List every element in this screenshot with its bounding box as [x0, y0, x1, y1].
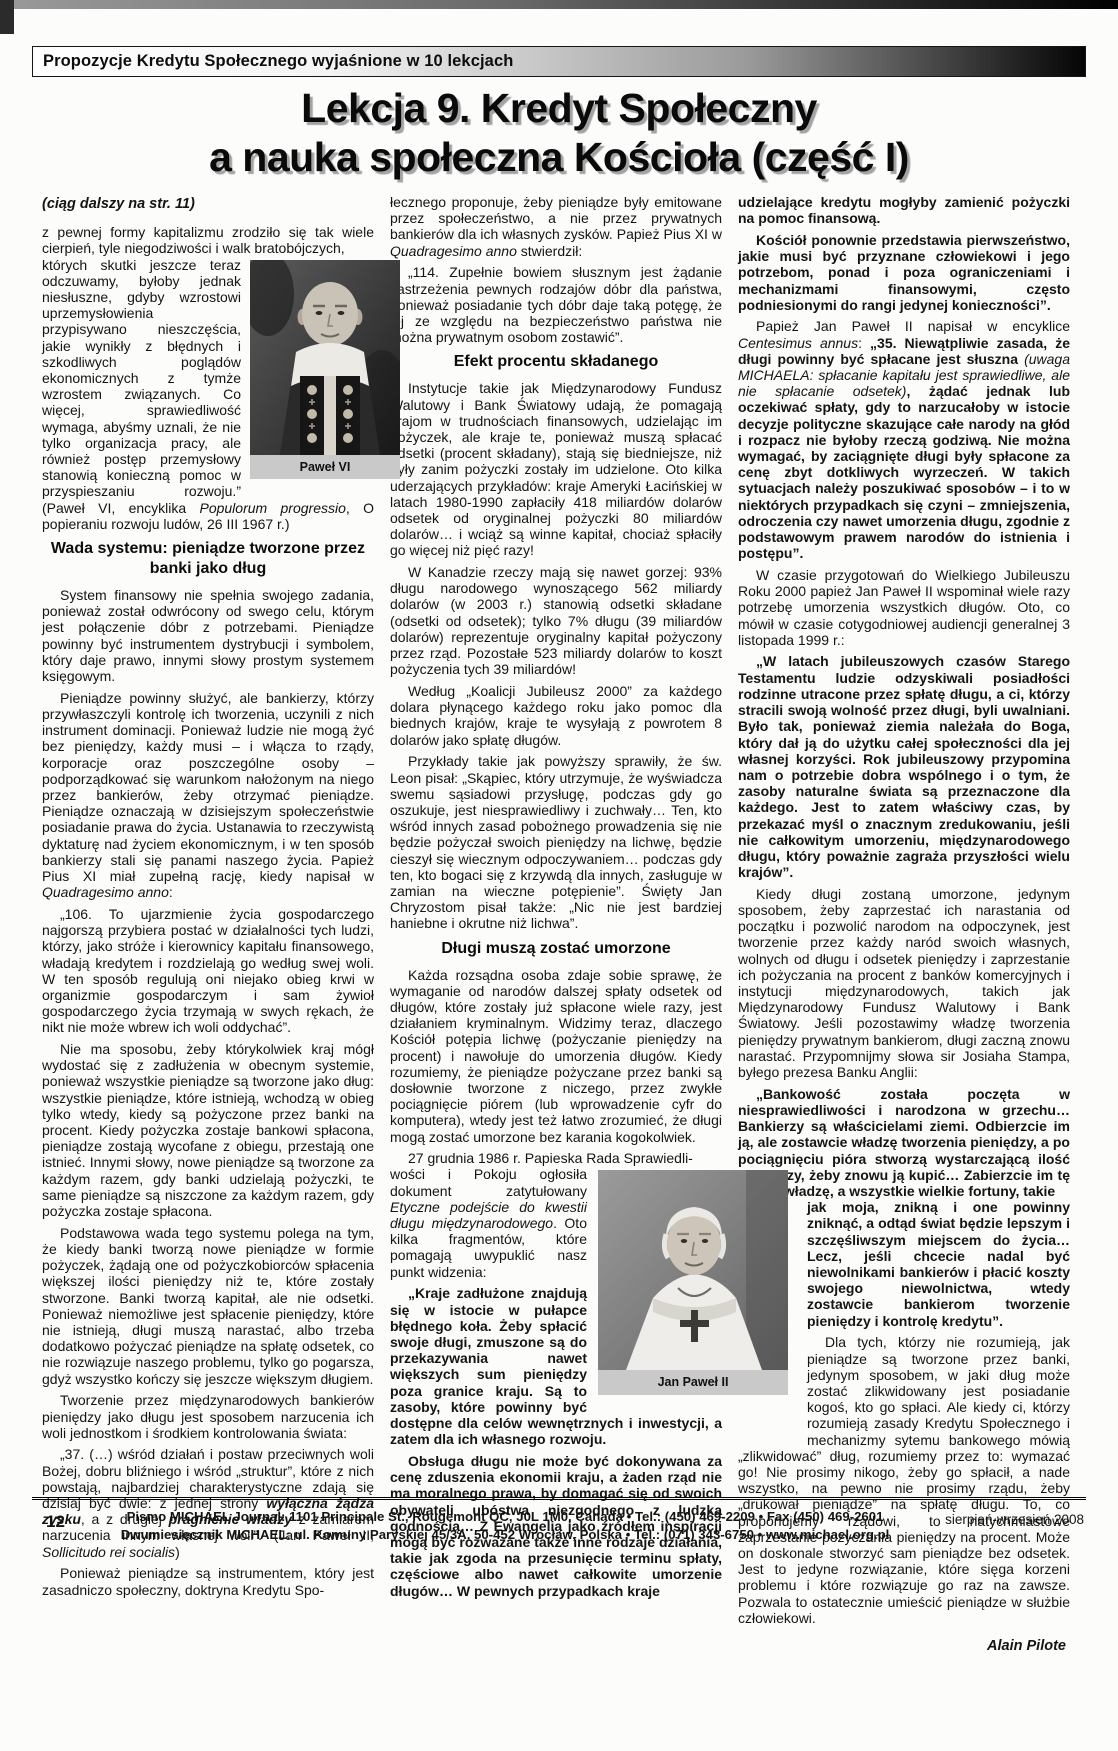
paragraph: „W latach jubileuszowych czasów Starego … — [738, 653, 1070, 880]
page-number: 12 — [32, 1505, 65, 1532]
paragraph: 27 grudnia 1986 r. Papieska Rada Sprawie… — [390, 1150, 722, 1166]
text-run: łecznego proponuje, żeby pieniądze były … — [390, 194, 722, 242]
text-run: Każda rozsądna osoba zdaje sobie sprawę,… — [390, 967, 722, 1145]
paragraph: Ponieważ pieniądze są instrumentem, któr… — [42, 1565, 374, 1597]
footer: 12 Pismo MICHAEL Journal: 1101 Principal… — [32, 1505, 1086, 1544]
paragraph: Przykłady takie jak powyższy sprawiły, ż… — [390, 753, 722, 931]
text-run: ) — [175, 1544, 180, 1560]
continuation-note: (ciąg dalszy na str. 11) — [42, 196, 374, 212]
title-line-1: Lekcja 9. Kredyt Społeczny — [0, 84, 1118, 133]
footer-line-2: Dwumiesięcznik MICHAEL: ul. Komuny Parys… — [65, 1526, 945, 1544]
paragraph: udzielające kredytu mogłyby zamienić poż… — [738, 194, 1070, 226]
text-run: Przykłady takie jak powyższy sprawiły, ż… — [390, 753, 722, 931]
text-run: jak moja, znikną i one powinny zniknąć, … — [807, 1199, 1070, 1328]
text-run: z pewnej formy kapitalizmu zrodziło się … — [42, 224, 374, 256]
text-run: Podstawowa wada tego systemu polega na t… — [42, 1225, 374, 1387]
text-run: Instytucje takie jak Międzynarodowy Fund… — [390, 380, 722, 558]
publisher-info: Pismo MICHAEL Journal: 1101 Principale S… — [65, 1505, 945, 1544]
paragraph: Kościół ponownie przedstawia pierwszeńst… — [738, 232, 1070, 313]
paragraph: z pewnej formy kapitalizmu zrodziło się … — [42, 224, 374, 256]
jan-pawel-ii-photo — [598, 1170, 788, 1370]
paragraph: Papież Jan Paweł II napisał w encyklice … — [738, 318, 1070, 561]
kicker-text: Propozycje Kredytu Społecznego wyjaśnion… — [33, 52, 513, 71]
text-run: W Kanadzie rzeczy mają się nawet gorzej:… — [390, 564, 722, 677]
text-run: Kiedy długi zostaną umorzone, jedynym sp… — [738, 886, 1070, 1080]
text-run: Ponieważ pieniądze są instrumentem, któr… — [42, 1565, 374, 1597]
text-run: wości i Pokoju ogłosiła dokument zatytuł… — [390, 1166, 587, 1198]
paragraph: Tworzenie przez międzynarodowych bankier… — [42, 1392, 374, 1441]
section-heading: Długi muszą zostać umorzone — [394, 939, 718, 959]
article-body: (ciąg dalszy na str. 11)z pewnej formy k… — [42, 194, 1070, 1654]
text-run: Kościół ponownie przedstawia pierwszeńst… — [738, 232, 1070, 313]
text-run: Według „Koalicji Jubileusz 2000” za każd… — [390, 683, 722, 748]
paragraph: Nie ma sposobu, żeby którykolwiek kraj m… — [42, 1041, 374, 1219]
paragraph: „106. To ujarzmienie życia gospodarczego… — [42, 906, 374, 1036]
text-run: Centesimus annus — [738, 335, 858, 351]
article-title: Lekcja 9. Kredyt Społeczny a nauka społe… — [0, 84, 1118, 182]
text-run: których skutki jeszcze teraz odczuwamy, … — [42, 257, 241, 516]
paragraph: Kiedy długi zostaną umorzone, jedynym sp… — [738, 886, 1070, 1080]
text-run: Sollicitudo rei socialis — [42, 1544, 175, 1560]
text-run: , żądać jednak lub oczekiwać spłaty, gdy… — [738, 383, 1070, 561]
section-heading: Wada systemu: pieniądze tworzone przez b… — [46, 539, 370, 579]
text-run: Pieniądze powinny służyć, ale bankierzy,… — [42, 690, 374, 884]
text-wrap-spacer: Jan Paweł II — [594, 1166, 722, 1410]
footer-line-1: Pismo MICHAEL Journal: 1101 Principale S… — [65, 1508, 945, 1526]
paragraph: System finansowy nie spełnia swojego zad… — [42, 587, 374, 684]
title-line-2: a nauka społeczna Kościoła (część I) — [0, 133, 1118, 182]
paragraph: łecznego proponuje, żeby pieniądze były … — [390, 194, 722, 259]
newspaper-page: Propozycje Kredytu Społecznego wyjaśnion… — [0, 0, 1118, 1751]
text-run: System finansowy nie spełnia swojego zad… — [42, 587, 374, 684]
text-run: Quadragesimo anno — [42, 884, 169, 900]
top-gradient-strip — [0, 0, 1118, 9]
figure-caption: Jan Paweł II — [598, 1370, 788, 1394]
text-run: Populorum progressio — [199, 500, 345, 516]
paragraph: Pieniądze powinny służyć, ale bankierzy,… — [42, 690, 374, 901]
paragraph: Instytucje takie jak Międzynarodowy Fund… — [390, 380, 722, 558]
text-run: udzielające kredytu mogłyby zamienić poż… — [738, 194, 1070, 226]
text-run: 27 grudnia 1986 r. Papieska Rada Sprawie… — [408, 1150, 693, 1166]
figure-jan-pawel-ii: Jan Paweł II — [598, 1170, 788, 1394]
text-run: Nie ma sposobu, żeby którykolwiek kraj m… — [42, 1041, 374, 1219]
text-run: „W latach jubileuszowych czasów Starego … — [738, 653, 1070, 880]
paragraph: „114. Zupełnie bowiem słusznym jest żąda… — [390, 264, 722, 345]
section-heading: Efekt procentu składanego — [394, 352, 718, 372]
kicker-bar: Propozycje Kredytu Społecznego wyjaśnion… — [32, 46, 1086, 77]
text-run: Quadragesimo anno — [390, 243, 517, 259]
text-run: „106. To ujarzmienie życia gospodarczego… — [42, 906, 374, 1035]
footer-rule — [32, 1497, 1086, 1500]
issue-date: sierpień-wrzesień 2008 — [945, 1505, 1086, 1527]
figure-pawel-vi: Paweł VI — [250, 260, 400, 479]
column-3: udzielające kredytu mogłyby zamienić poż… — [738, 194, 1070, 1654]
pawel-vi-photo — [250, 260, 400, 455]
text-run: W czasie przygotowań do Wielkiego Jubile… — [738, 567, 1070, 648]
author-signature: Alain Pilote — [738, 1638, 1066, 1654]
text-run: (ciąg dalszy na str. 11) — [42, 196, 195, 212]
text-run: : — [858, 335, 870, 351]
figure-caption: Paweł VI — [250, 455, 400, 479]
paragraph: W czasie przygotowań do Wielkiego Jubile… — [738, 567, 1070, 648]
text-run: stwierdził: — [517, 243, 582, 259]
text-run: : — [169, 884, 173, 900]
paragraph: Podstawowa wada tego systemu polega na t… — [42, 1225, 374, 1387]
text-run: Tworzenie przez międzynarodowych bankier… — [42, 1392, 374, 1440]
column-2: łecznego proponuje, żeby pieniądze były … — [390, 194, 722, 1654]
text-run: „114. Zupełnie bowiem słusznym jest żąda… — [390, 264, 722, 345]
column-1: (ciąg dalszy na str. 11)z pewnej formy k… — [42, 194, 374, 1654]
paragraph: W Kanadzie rzeczy mają się nawet gorzej:… — [390, 564, 722, 677]
text-run: Papież Jan Paweł II napisał w encyklice — [756, 318, 1070, 334]
paragraph: Według „Koalicji Jubileusz 2000” za każd… — [390, 683, 722, 748]
paragraph: Każda rozsądna osoba zdaje sobie sprawę,… — [390, 967, 722, 1145]
scan-corner-artifact — [0, 0, 14, 34]
